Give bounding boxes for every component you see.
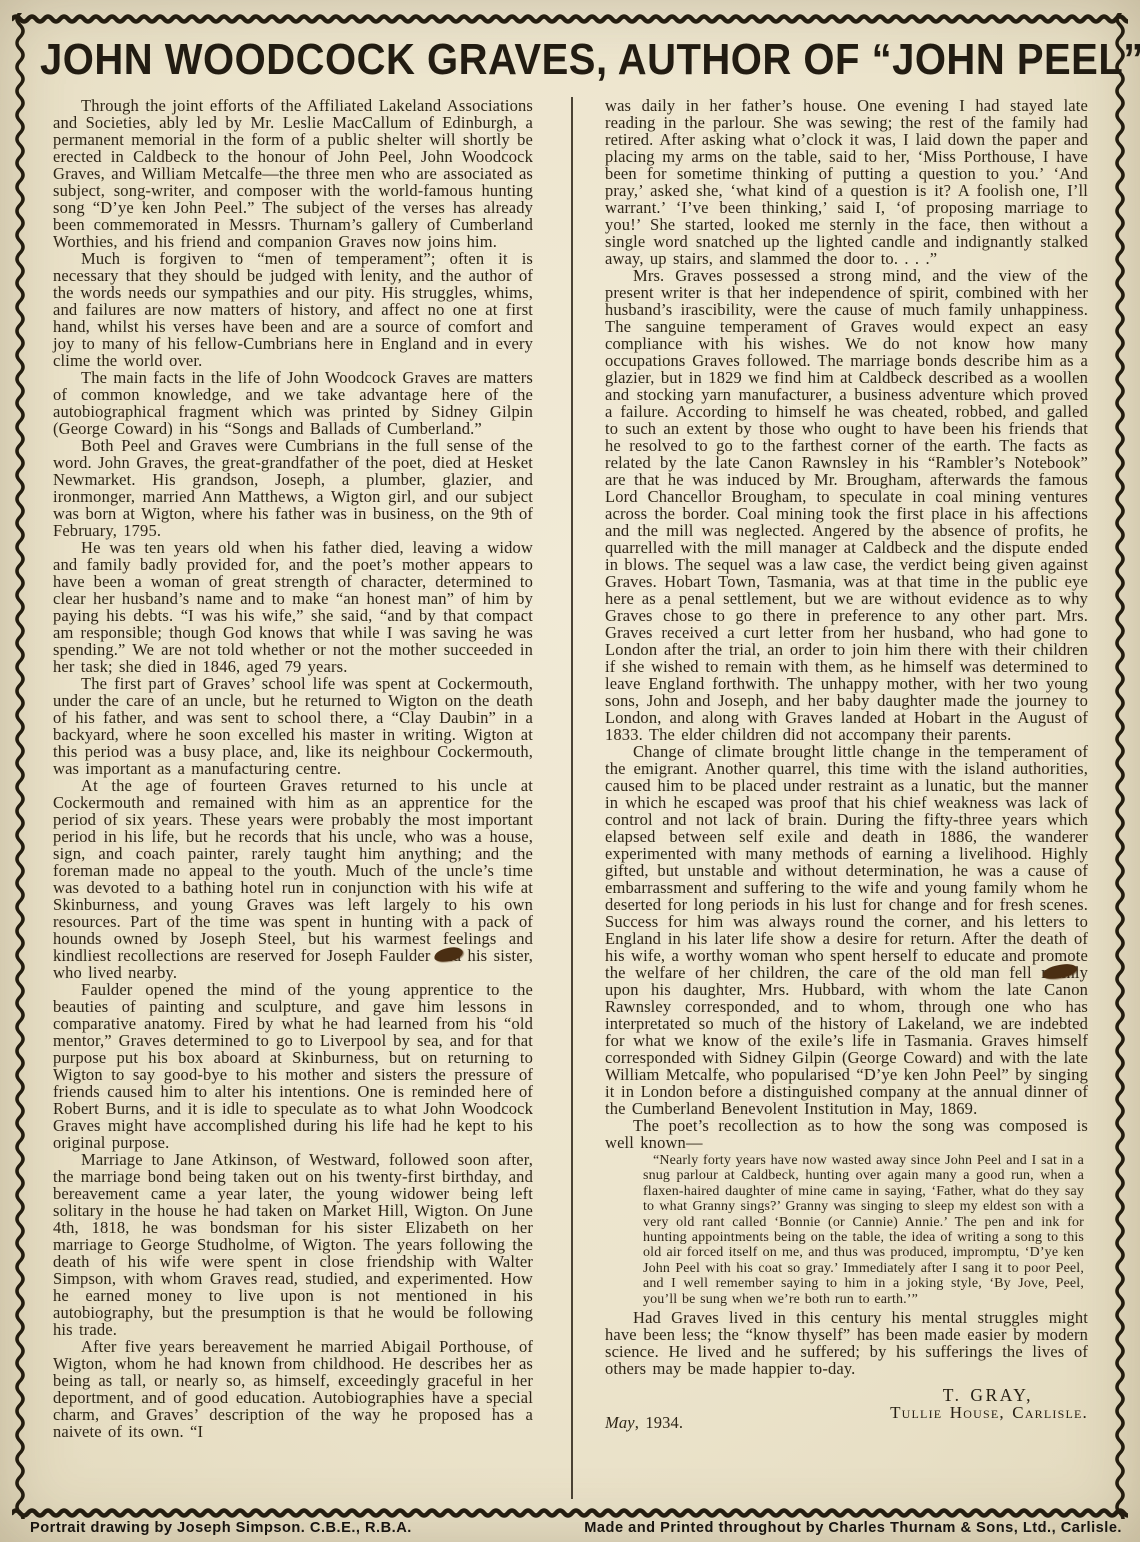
portrait-credit: Portrait drawing by Joseph Simpson. C.B.… — [30, 1520, 412, 1536]
article-paragraph: Had Graves lived in this century his men… — [605, 1309, 1088, 1377]
article-paragraph: The first part of Graves’ school life wa… — [53, 675, 533, 777]
publication-month: May — [605, 1413, 635, 1432]
article-paragraph: After five years bereavement he married … — [53, 1338, 533, 1440]
article-paragraph: Through the joint efforts of the Affilia… — [53, 97, 533, 250]
article-paragraph: Much is forgiven to “men of temperament”… — [53, 250, 533, 369]
article-paragraph: Both Peel and Graves were Cumbrians in t… — [53, 437, 533, 539]
page-border-left-decoration — [14, 13, 26, 1519]
song-recollection-quote: “Nearly forty years have now wasted away… — [643, 1153, 1084, 1307]
printer-credit: Made and Printed throughout by Charles T… — [584, 1520, 1122, 1536]
page-border-bottom-decoration — [12, 1507, 1128, 1519]
article-paragraph: Change of climate brought little change … — [605, 743, 1088, 1117]
magazine-page: JOHN WOODCOCK GRAVES, AUTHOR OF “JOHN PE… — [0, 0, 1140, 1542]
right-column: was daily in her father’s house. One eve… — [605, 97, 1088, 1440]
article-paragraph: At the age of fourteen Graves returned t… — [53, 777, 533, 981]
article-paragraph-continuation: was daily in her father’s house. One eve… — [605, 97, 1088, 267]
page-title: JOHN WOODCOCK GRAVES, AUTHOR OF “JOHN PE… — [40, 36, 1100, 85]
page-footer: Portrait drawing by Joseph Simpson. C.B.… — [30, 1520, 1122, 1536]
article-paragraph: Marriage to Jane Atkinson, of Westward, … — [53, 1151, 533, 1338]
paragraph-text: At the age of fourteen Graves returned t… — [53, 776, 533, 965]
article-paragraph: The main facts in the life of John Woodc… — [53, 369, 533, 437]
article-paragraph: The poet’s recollection as to how the so… — [605, 1117, 1088, 1151]
ink-blot: and — [437, 946, 461, 965]
page-border-top-decoration — [12, 13, 1128, 25]
paragraph-text: Change of climate brought little change … — [605, 742, 1088, 982]
author-signature: T. GRAY, — [605, 1387, 1088, 1404]
page-border-right-decoration — [1114, 13, 1126, 1519]
article-paragraph: Faulder opened the mind of the young app… — [53, 981, 533, 1151]
paragraph-text: upon his daughter, Mrs. Hubbard, with wh… — [605, 980, 1088, 1118]
left-column: Through the joint efforts of the Affilia… — [53, 97, 533, 1440]
signature-block: T. GRAY, Tullie House, Carlisle. May, 19… — [605, 1387, 1088, 1431]
article-paragraph: Mrs. Graves possessed a strong mind, and… — [605, 267, 1088, 743]
publication-year: , 1934. — [635, 1413, 683, 1432]
article-paragraph: He was ten years old when his father die… — [53, 539, 533, 675]
ink-blot: mainly — [1041, 963, 1088, 982]
publication-date: May, 1934. — [605, 1414, 683, 1431]
article-body: Through the joint efforts of the Affilia… — [53, 97, 1088, 1440]
